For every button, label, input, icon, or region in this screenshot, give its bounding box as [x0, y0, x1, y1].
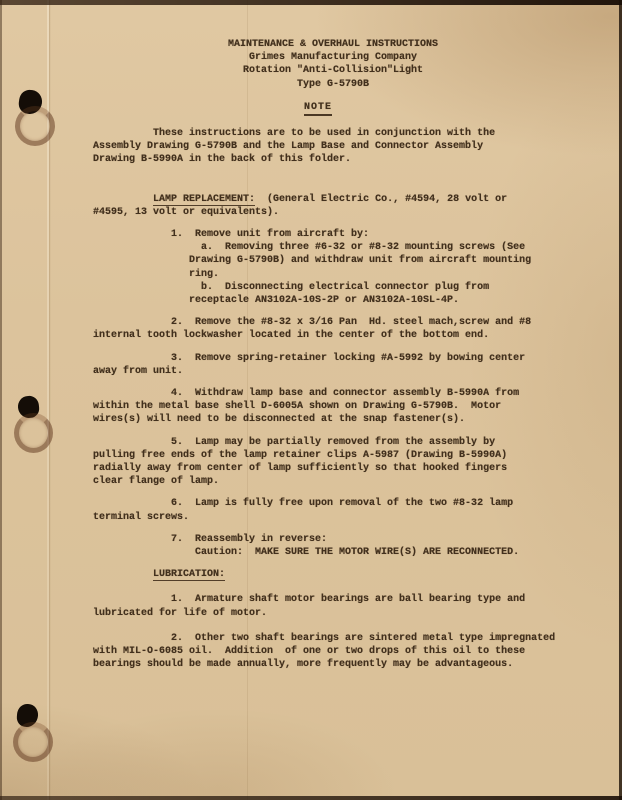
company-line: Grimes Manufacturing Company: [93, 51, 573, 64]
text-line: 2. Other two shaft bearings are sintered…: [93, 632, 593, 645]
rust-ring: [15, 106, 55, 146]
scanned-document-page: MAINTENANCE & OVERHAUL INSTRUCTIONS Grim…: [0, 0, 622, 800]
text-line: Caution: MAKE SURE THE MOTOR WIRE(S) ARE…: [93, 546, 593, 559]
text-line: Drawing B-5990A in the back of this fold…: [93, 153, 593, 166]
text-line: wires(s) will need to be disconnected at…: [93, 413, 593, 426]
text-line: These instructions are to be used in con…: [93, 127, 593, 140]
text-line: b. Disconnecting electrical connector pl…: [93, 281, 593, 294]
text-line: Drawing G-5790B) and withdraw unit from …: [93, 254, 593, 267]
lubrication-step-2: 2. Other two shaft bearings are sintered…: [93, 632, 593, 672]
note-heading-row: NOTE: [93, 101, 543, 114]
text-line: within the metal base shell D-6005A show…: [93, 400, 593, 413]
lamp-replacement-heading: LAMP REPLACEMENT:: [153, 194, 255, 206]
text-line: 7. Reassembly in reverse:: [93, 533, 593, 546]
text-line: ring.: [93, 268, 593, 281]
step-2: 2. Remove the #8-32 x 3/16 Pan Hd. steel…: [93, 316, 593, 342]
text-line: internal tooth lockwasher located in the…: [93, 329, 593, 342]
page-edge-top: [0, 0, 622, 5]
text-line: receptacle AN3102A-10S-2P or AN3102A-10S…: [93, 294, 593, 307]
text-line: Assembly Drawing G-5790B and the Lamp Ba…: [93, 140, 593, 153]
rust-ring: [13, 722, 53, 762]
text-line: 3. Remove spring-retainer locking #A-599…: [93, 352, 593, 365]
rust-ring: [14, 413, 53, 453]
type-line: Type G-5790B: [93, 78, 573, 91]
text-line: 5. Lamp may be partially removed from th…: [93, 436, 593, 449]
lamp-replacement-intro: LAMP REPLACEMENT: (General Electric Co.,…: [93, 193, 593, 219]
step-1: 1. Remove unit from aircraft by: a. Remo…: [93, 228, 593, 307]
text-line: 4. Withdraw lamp base and connector asse…: [93, 387, 593, 400]
document-header: MAINTENANCE & OVERHAUL INSTRUCTIONS Grim…: [93, 38, 573, 91]
document-body: These instructions are to be used in con…: [93, 127, 593, 681]
text-line: radially away from center of lamp suffic…: [93, 462, 593, 475]
page-edge-bottom: [0, 796, 622, 800]
lubrication-heading-row: LUBRICATION:: [93, 568, 593, 581]
text-line: lubricated for life of motor.: [93, 607, 593, 620]
product-line: Rotation "Anti-Collision"Light: [93, 64, 573, 77]
title-line: MAINTENANCE & OVERHAUL INSTRUCTIONS: [93, 38, 573, 51]
step-6: 6. Lamp is fully free upon removal of th…: [93, 497, 593, 523]
indent: [93, 569, 153, 580]
lamp-replacement-heading-tail: (General Electric Co., #4594, 28 volt or: [255, 194, 507, 205]
indent: [93, 194, 153, 205]
text-line: away from unit.: [93, 365, 593, 378]
lubrication-step-1: 1. Armature shaft motor bearings are bal…: [93, 593, 593, 619]
text-line: 2. Remove the #8-32 x 3/16 Pan Hd. steel…: [93, 316, 593, 329]
text-line: 6. Lamp is fully free upon removal of th…: [93, 497, 593, 510]
step-7: 7. Reassembly in reverse: Caution: MAKE …: [93, 533, 593, 559]
note-heading: NOTE: [304, 102, 332, 116]
step-5: 5. Lamp may be partially removed from th…: [93, 436, 593, 489]
text-line: pulling free ends of the lamp retainer c…: [93, 449, 593, 462]
text-line: a. Removing three #6-32 or #8-32 mountin…: [93, 241, 593, 254]
note-paragraph: These instructions are to be used in con…: [93, 127, 593, 167]
step-3: 3. Remove spring-retainer locking #A-599…: [93, 352, 593, 378]
text-line: 1. Remove unit from aircraft by:: [93, 228, 593, 241]
text-line: bearings should be made annually, more f…: [93, 658, 593, 671]
text-line: 1. Armature shaft motor bearings are bal…: [93, 593, 593, 606]
page-edge-left: [0, 0, 2, 800]
lamp-replacement-heading-line: LAMP REPLACEMENT: (General Electric Co.,…: [93, 193, 593, 206]
step-4: 4. Withdraw lamp base and connector asse…: [93, 387, 593, 427]
text-line: clear flange of lamp.: [93, 475, 593, 488]
lamp-replacement-line2: #4595, 13 volt or equivalents).: [93, 206, 593, 219]
text-line: terminal screws.: [93, 511, 593, 524]
lubrication-heading: LUBRICATION:: [153, 569, 225, 581]
text-line: with MIL-O-6085 oil. Addition of one or …: [93, 645, 593, 658]
